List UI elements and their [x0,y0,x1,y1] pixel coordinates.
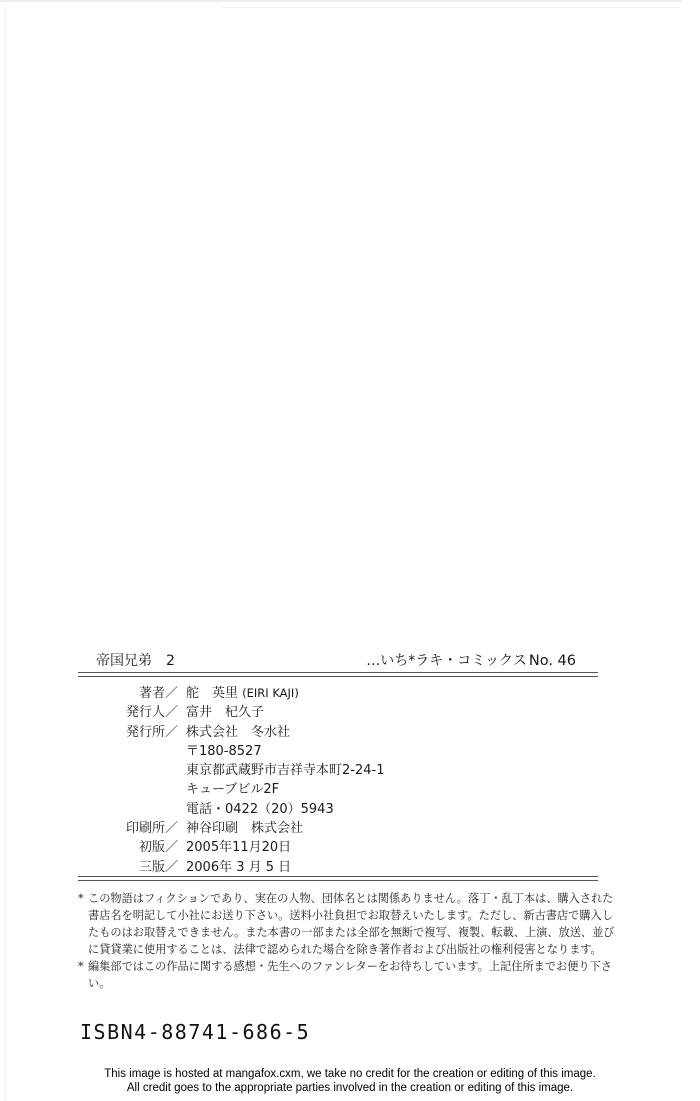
book-title: 帝国兄弟2 [96,651,175,671]
label-third-edition: 三版／ [80,858,178,877]
value-publisher-person: 富井 杞久子 [186,703,264,722]
colophon-row-phone: 電話・0422（20）5943 [80,800,500,819]
label-printer: 印刷所／ [80,819,178,838]
volume-number: 2 [166,653,175,669]
value-author: 舵 英里 (EIRI KAJI) [186,684,299,703]
colophon-table: 著者／ 舵 英里 (EIRI KAJI) 発行人／ 富井 杞久子 発行所／ 株式… [80,684,500,877]
page-edge-top-inner [220,7,680,8]
colophon-row-author: 著者／ 舵 英里 (EIRI KAJI) [80,684,500,703]
colophon-row-postal: 〒180-8527 [80,742,500,761]
divider-bottom [78,876,598,881]
page-edge-left [5,6,6,1101]
legal-notes: * この物語はフィクションであり、実在の人物、団体名とは関係ありません。落丁・乱… [78,890,618,992]
asterisk-bullet-icon: * [78,890,88,958]
colophon-row-publisher-person: 発行人／ 富井 杞久子 [80,703,500,722]
label-author: 著者／ [80,684,178,703]
credit-line-1: This image is hosted at mangafox.cxm, we… [0,1067,700,1081]
label-publisher: 発行所／ [80,723,178,742]
value-publisher: 株式会社 冬水社 [186,723,290,742]
note-fan-letters: * 編集部ではこの作品に関する感想・先生へのファンレターをお待ちしています。上記… [78,958,618,992]
value-third-edition: 2006年 3 月 5 日 [186,858,291,877]
colophon-row-address: 東京都武蔵野市吉祥寺本町2-24-1 [80,761,500,780]
value-printer: 神谷印刷 株式会社 [186,819,303,838]
note-fiction-disclaimer: * この物語はフィクションであり、実在の人物、団体名とは関係ありません。落丁・乱… [78,890,618,958]
series-label: …いち*ラキ・コミックスNo. 46 [366,651,576,671]
isbn-code: ISBN4-88741-686-5 [80,1020,310,1044]
label-publisher-person: 発行人／ [80,703,178,722]
value-first-edition: 2005年11月20日 [186,838,291,857]
value-phone: 電話・0422（20）5943 [186,800,334,819]
asterisk-bullet-icon: * [78,958,88,992]
colophon-header: 帝国兄弟2 …いち*ラキ・コミックスNo. 46 [96,651,576,671]
colophon-row-first-edition: 初版／ 2005年11月20日 [80,838,500,857]
series-number: No. 46 [529,653,576,669]
colophon-row-building: キューブビル2F [80,780,500,799]
author-romaji: (EIRI KAJI) [242,686,299,700]
value-building: キューブビル2F [186,780,279,799]
colophon-row-third-edition: 三版／ 2006年 3 月 5 日 [80,858,500,877]
hosting-credit: This image is hosted at mangafox.cxm, we… [0,1067,700,1095]
note-text: 編集部ではこの作品に関する感想・先生へのファンレターをお待ちしています。上記住所… [88,958,618,992]
value-address: 東京都武蔵野市吉祥寺本町2-24-1 [186,761,384,780]
label-first-edition: 初版／ [80,838,178,857]
note-text: この物語はフィクションであり、実在の人物、団体名とは関係ありません。落丁・乱丁本… [88,890,618,958]
series-name: …いち*ラキ・コミックス [366,653,527,669]
colophon-row-publisher: 発行所／ 株式会社 冬水社 [80,723,500,742]
divider-top [78,672,598,677]
page-edge-top [0,0,682,2]
colophon-row-printer: 印刷所／ 神谷印刷 株式会社 [80,819,500,838]
value-postal-code: 〒180-8527 [186,742,262,761]
book-title-text: 帝国兄弟 [96,653,152,669]
credit-line-2: All credit goes to the appropriate parti… [0,1081,700,1095]
